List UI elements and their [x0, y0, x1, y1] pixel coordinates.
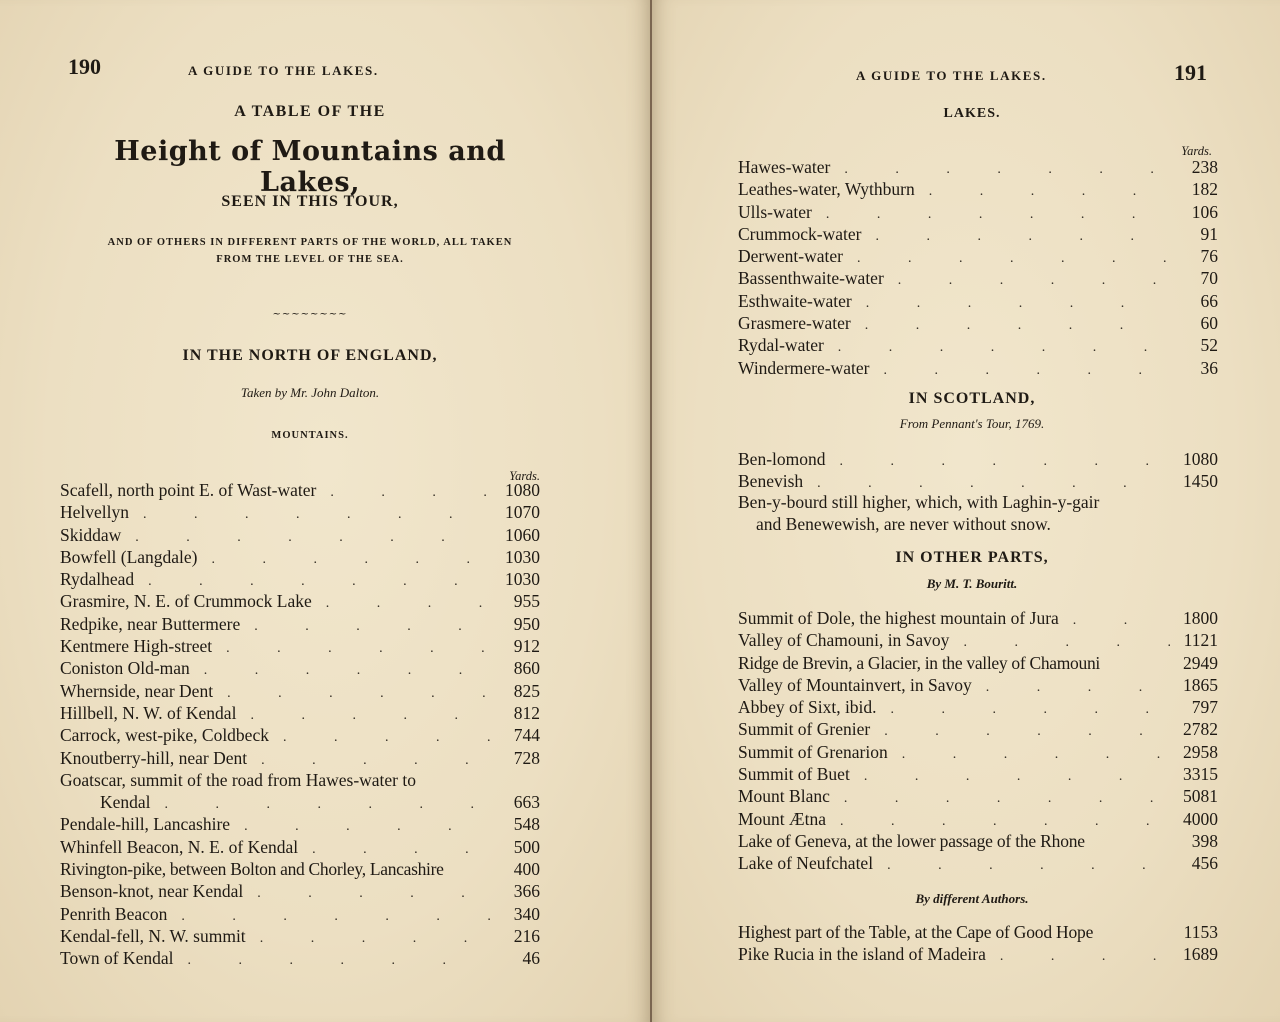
table-row: Grasmire, N. E. of Crummock Lake. . . . …	[60, 591, 540, 613]
table-row: Grasmere-water. . . . . . . . . . . . . …	[738, 313, 1218, 335]
table-row: Bassenthwaite-water. . . . . . . . . . .…	[738, 268, 1218, 290]
scotland-credit: From Pennant's Tour, 1769.	[732, 416, 1212, 432]
table-row: Penrith Beacon. . . . . . . . . . . . . …	[60, 904, 540, 926]
table-row: Crummock-water. . . . . . . . . . . . . …	[738, 224, 1218, 246]
section-heading-scotland: IN SCOTLAND,	[732, 390, 1212, 408]
other-parts-table: Summit of Dole, the highest mountain of …	[738, 608, 1218, 876]
table-row: Mount Ætna. . . . . . . . . . . . . . .4…	[738, 809, 1218, 831]
table-row-continuation: Kendal. . . . . . . . . . . . . . .663	[60, 792, 540, 814]
lakes-heading: LAKES.	[732, 106, 1212, 122]
table-row: Rivington-pike, between Bolton and Chorl…	[60, 859, 540, 881]
table-row: Lake of Geneva, at the lower passage of …	[738, 831, 1218, 853]
table-row: Kentmere High-street. . . . . . . . . . …	[60, 636, 540, 658]
section-heading-north-england: IN THE NORTH OF ENGLAND,	[50, 347, 570, 365]
table-row: Mount Blanc. . . . . . . . . . . . . . .…	[738, 786, 1218, 808]
table-row: Abbey of Sixt, ibid.. . . . . . . . . . …	[738, 697, 1218, 719]
table-row: Scafell, north point E. of Wast-water. .…	[60, 480, 540, 502]
section-credit: Taken by Mr. John Dalton.	[50, 385, 570, 401]
different-authors-credit: By different Authors.	[732, 891, 1212, 907]
table-row: Bowfell (Langdale). . . . . . . . . . . …	[60, 547, 540, 569]
book-spread: 190 A GUIDE TO THE LAKES. A TABLE OF THE…	[0, 0, 1280, 1022]
table-row: Summit of Grenier. . . . . . . . . . . .…	[738, 719, 1218, 741]
page-number: 190	[68, 54, 101, 80]
table-row: Pike Rucia in the island of Madeira. . .…	[738, 944, 1218, 966]
title-line-3: SEEN IN THIS TOUR,	[60, 193, 560, 211]
section-heading-other-parts: IN OTHER PARTS,	[732, 549, 1212, 567]
mountains-table: Scafell, north point E. of Wast-water. .…	[60, 480, 540, 971]
running-head: A GUIDE TO THE LAKES.	[856, 68, 1047, 84]
table-row: Whinfell Beacon, N. E. of Kendal. . . . …	[60, 837, 540, 859]
different-authors-table: Highest part of the Table, at the Cape o…	[738, 922, 1218, 967]
table-row: Leathes-water, Wythburn. . . . . . . . .…	[738, 179, 1218, 201]
table-row: Summit of Grenarion. . . . . . . . . . .…	[738, 742, 1218, 764]
table-row: Hillbell, N. W. of Kendal. . . . . . . .…	[60, 703, 540, 725]
subheading-mountains: MOUNTAINS.	[50, 430, 570, 441]
table-row: Valley of Mountainvert, in Savoy. . . . …	[738, 675, 1218, 697]
page-number: 191	[1174, 60, 1207, 86]
ornament-rule: ~~~~~~~~	[50, 309, 570, 320]
table-row: Summit of Dole, the highest mountain of …	[738, 608, 1218, 630]
scotland-table: Ben-lomond. . . . . . . . . . . . . . .1…	[738, 449, 1218, 494]
table-row: Helvellyn. . . . . . . . . . . . . . .10…	[60, 502, 540, 524]
title-line-4: AND OF OTHERS IN DIFFERENT PARTS OF THE …	[50, 237, 570, 248]
table-row: Whernside, near Dent. . . . . . . . . . …	[60, 681, 540, 703]
table-row: Kendal-fell, N. W. summit. . . . . . . .…	[60, 926, 540, 948]
title-main: Height of Mountains and Lakes,	[60, 136, 560, 198]
right-page: A GUIDE TO THE LAKES. 191 LAKES. Yards. …	[652, 0, 1280, 1022]
table-row: Hawes-water. . . . . . . . . . . . . . .…	[738, 157, 1218, 179]
table-row: Skiddaw. . . . . . . . . . . . . . .1060	[60, 525, 540, 547]
scotland-note: Ben-y-bourd still higher, which, with La…	[738, 491, 1218, 535]
table-row: Pendale-hill, Lancashire. . . . . . . . …	[60, 814, 540, 836]
table-row: Ridge de Brevin, a Glacier, in the valle…	[738, 653, 1218, 675]
table-row: Town of Kendal. . . . . . . . . . . . . …	[60, 948, 540, 970]
table-row: Windermere-water. . . . . . . . . . . . …	[738, 358, 1218, 380]
table-row: Lake of Neufchatel. . . . . . . . . . . …	[738, 853, 1218, 875]
table-row: Coniston Old-man. . . . . . . . . . . . …	[60, 658, 540, 680]
lakes-table: Hawes-water. . . . . . . . . . . . . . .…	[738, 157, 1218, 380]
title-line-5: FROM THE LEVEL OF THE SEA.	[50, 254, 570, 265]
table-row: Ulls-water. . . . . . . . . . . . . . .1…	[738, 202, 1218, 224]
running-head: A GUIDE TO THE LAKES.	[188, 63, 379, 79]
table-row: Carrock, west-pike, Coldbeck. . . . . . …	[60, 725, 540, 747]
table-row: Knoutberry-hill, near Dent. . . . . . . …	[60, 748, 540, 770]
table-row: Valley of Chamouni, in Savoy. . . . . . …	[738, 630, 1218, 652]
table-row: Goatscar, summit of the road from Hawes-…	[60, 770, 540, 792]
other-credit: By M. T. Bouritt.	[732, 576, 1212, 592]
table-row: Redpike, near Buttermere. . . . . . . . …	[60, 614, 540, 636]
table-row: Ben-lomond. . . . . . . . . . . . . . .1…	[738, 449, 1218, 471]
left-page: 190 A GUIDE TO THE LAKES. A TABLE OF THE…	[0, 0, 652, 1022]
table-row: Highest part of the Table, at the Cape o…	[738, 922, 1218, 944]
table-row: Derwent-water. . . . . . . . . . . . . .…	[738, 246, 1218, 268]
table-row: Summit of Buet. . . . . . . . . . . . . …	[738, 764, 1218, 786]
title-line-1: A TABLE OF THE	[60, 103, 560, 121]
table-row: Rydal-water. . . . . . . . . . . . . . .…	[738, 335, 1218, 357]
table-row: Benson-knot, near Kendal. . . . . . . . …	[60, 881, 540, 903]
table-row: Esthwaite-water. . . . . . . . . . . . .…	[738, 291, 1218, 313]
table-row: Rydalhead. . . . . . . . . . . . . . .10…	[60, 569, 540, 591]
